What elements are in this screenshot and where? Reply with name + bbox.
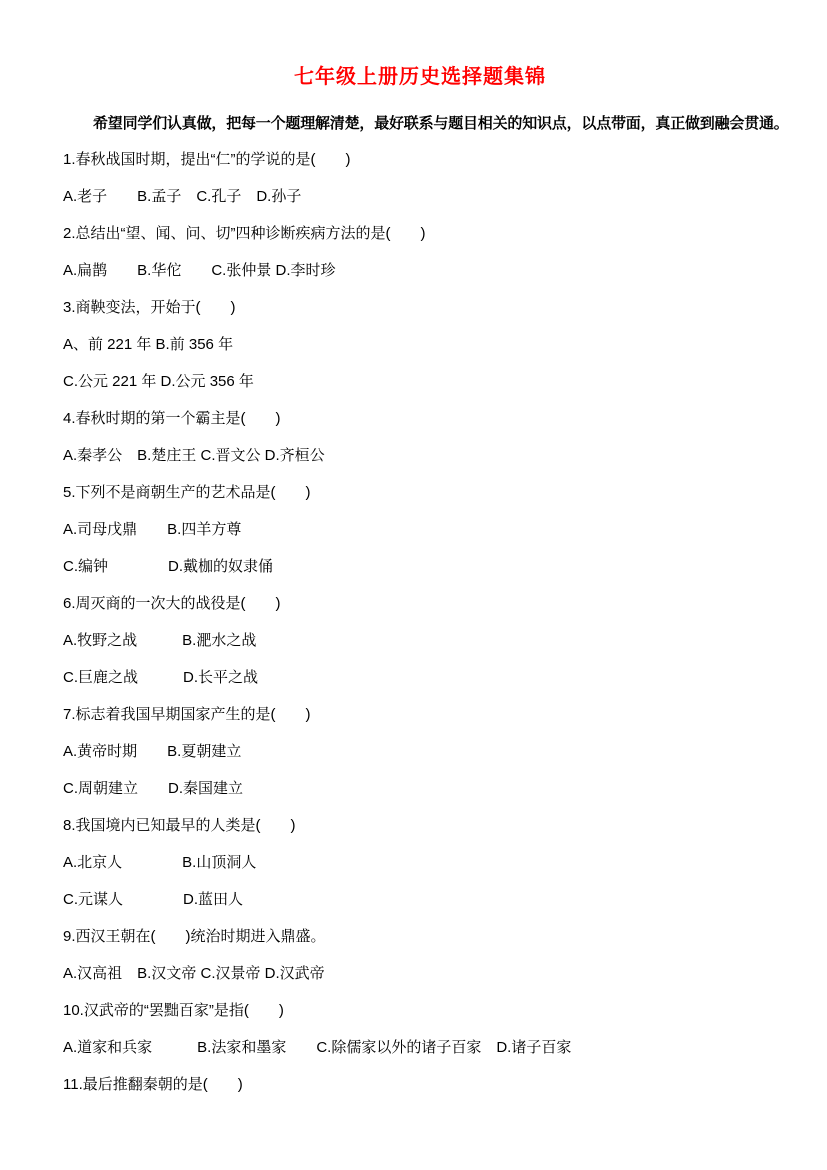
option-line: C.公元 221 年 D.公元 356 年 <box>63 373 777 390</box>
option-line: C.巨鹿之战 D.长平之战 <box>63 669 777 686</box>
option-line: A.扁鹊 B.华佗 C.张仲景 D.李时珍 <box>63 262 777 279</box>
document-page: 七年级上册历史选择题集锦 希望同学们认真做，把每一个题理解清楚，最好联系与题目相… <box>0 0 827 1170</box>
question-stem: 7.标志着我国早期国家产生的是( ) <box>63 706 777 723</box>
question-stem: 4.春秋时期的第一个霸主是( ) <box>63 410 777 427</box>
option-line: C.周朝建立 D.秦国建立 <box>63 780 777 797</box>
option-line: C.元谋人 D.蓝田人 <box>63 891 777 908</box>
option-line: A、前 221 年 B.前 356 年 <box>63 336 777 353</box>
option-line: A.老子 B.孟子 C.孔子 D.孙子 <box>63 188 777 205</box>
question-stem: 10.汉武帝的“罢黜百家”是指( ) <box>63 1002 777 1019</box>
question-stem: 3.商鞅变法，开始于( ) <box>63 299 777 316</box>
option-line: A.汉高祖 B.汉文帝 C.汉景帝 D.汉武帝 <box>63 965 777 982</box>
option-line: A.司母戊鼎 B.四羊方尊 <box>63 521 777 538</box>
option-line: A.北京人 B.山顶洞人 <box>63 854 777 871</box>
question-stem: 11.最后推翻秦朝的是( ) <box>63 1076 777 1093</box>
page-title: 七年级上册历史选择题集锦 <box>63 64 777 90</box>
question-stem: 2.总结出“望、闻、问、切”四种诊断疾病方法的是( ) <box>63 225 777 242</box>
option-line: A.道家和兵家 B.法家和墨家 C.除儒家以外的诸子百家 D.诸子百家 <box>63 1039 777 1056</box>
option-line: C.编钟 D.戴枷的奴隶俑 <box>63 558 777 575</box>
option-line: A.黄帝时期 B.夏朝建立 <box>63 743 777 760</box>
question-stem: 1.春秋战国时期，提出“仁”的学说的是( ) <box>63 151 777 168</box>
question-stem: 9.西汉王朝在( )统治时期进入鼎盛。 <box>63 928 777 945</box>
option-line: A.秦孝公 B.楚庄王 C.晋文公 D.齐桓公 <box>63 447 777 464</box>
question-stem: 6.周灭商的一次大的战役是( ) <box>63 595 777 612</box>
question-stem: 8.我国境内已知最早的人类是( ) <box>63 817 777 834</box>
option-line: A.牧野之战 B.淝水之战 <box>63 632 777 649</box>
question-list: 1.春秋战国时期，提出“仁”的学说的是( )A.老子 B.孟子 C.孔子 D.孙… <box>63 151 777 1093</box>
intro-paragraph: 希望同学们认真做，把每一个题理解清楚，最好联系与题目相关的知识点，以点带面，真正… <box>63 114 777 134</box>
question-stem: 5.下列不是商朝生产的艺术品是( ) <box>63 484 777 501</box>
